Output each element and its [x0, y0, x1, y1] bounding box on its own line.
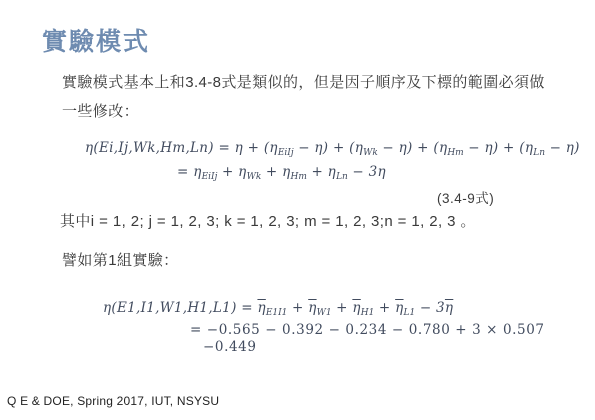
footer-credit: Q E & DOE, Spring 2017, IUT, NSYSU — [7, 394, 219, 408]
slide-title: 實驗模式 — [42, 22, 150, 58]
intro-paragraph-line-1: 實驗模式基本上和3.4-8式是類似的，但是因子順序及下標的範圍必須做 — [62, 71, 545, 92]
example-equation-line-1: η(E1,I1,W1,H1,L1) = ηE1I1 + ηW1 + ηH1 + … — [103, 300, 453, 318]
index-ranges-line: 其中i = 1, 2; j = 1, 2, 3; k = 1, 2, 3; m … — [60, 210, 476, 231]
equation-3-4-9-line-2: = ηEiIj + ηWk + ηHm + ηLn − 3η — [177, 164, 386, 182]
slide-background: 實驗模式 實驗模式基本上和3.4-8式是類似的，但是因子順序及下標的範圍必須做 … — [0, 0, 595, 420]
example-intro-line: 譬如第1組實驗： — [62, 249, 179, 270]
example-equation-result: −0.449 — [203, 339, 257, 355]
equation-number-label: (3.4-9式) — [437, 187, 494, 207]
example-equation-line-2: = −0.565 − 0.392 − 0.234 − 0.780 + 3 × 0… — [190, 322, 545, 338]
intro-paragraph-line-2: 一些修改： — [62, 100, 139, 121]
equation-3-4-9-line-1: η(Ei,Ij,Wk,Hm,Ln) = η + (ηEiIj − η) + (η… — [85, 140, 580, 158]
